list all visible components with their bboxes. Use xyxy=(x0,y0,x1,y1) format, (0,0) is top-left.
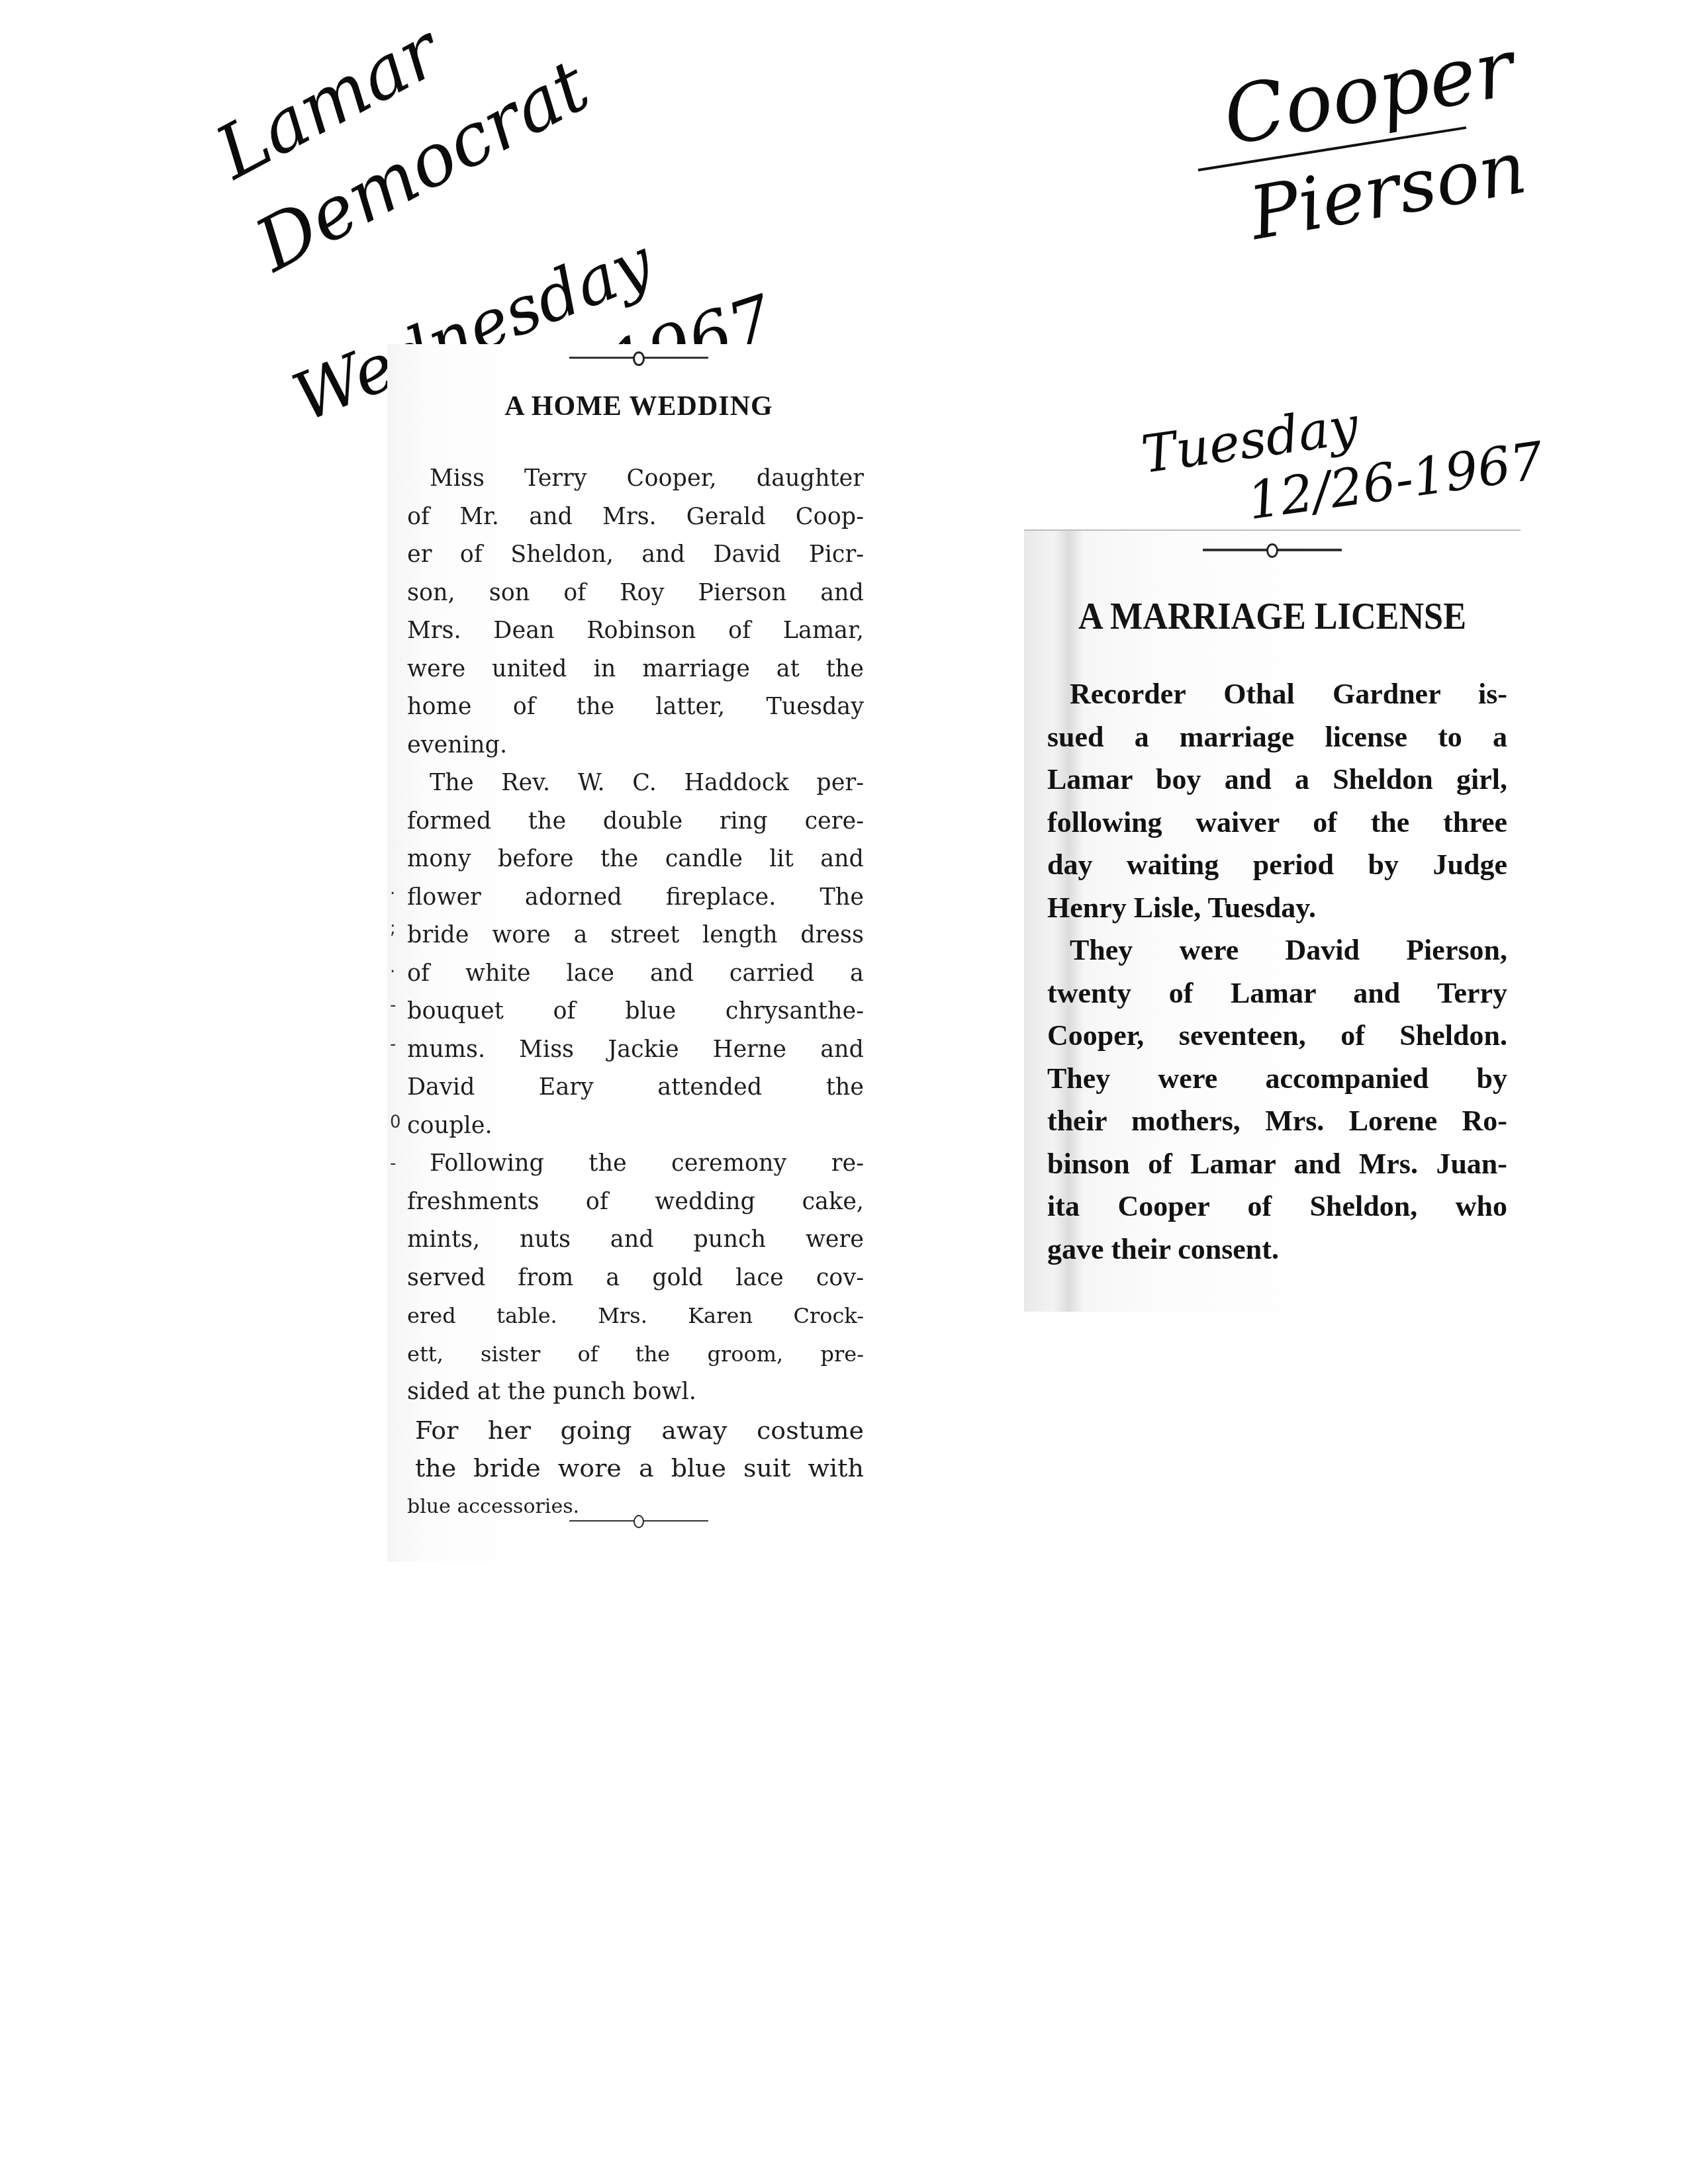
article-line: Lamar boy and a Sheldon girl, xyxy=(1047,758,1507,801)
ornamental-divider-bottom xyxy=(569,1514,708,1527)
article-line: mints, nuts and punch were xyxy=(407,1221,864,1259)
ornamental-divider-top-right xyxy=(1203,543,1342,556)
article-line: evening. xyxy=(407,727,864,765)
article-line: er of Sheldon, and David Picr- xyxy=(407,536,864,574)
article-body-home-wedding: Miss Terry Cooper, daughterof Mr. and Mr… xyxy=(407,460,864,1525)
article-line: The Rev. W. C. Haddock per- xyxy=(407,764,864,803)
article-line: Following the ceremony re- xyxy=(407,1145,864,1183)
article-line: Cooper, seventeen, of Sheldon. xyxy=(1047,1015,1507,1058)
article-line: They were David Pierson, xyxy=(1047,929,1507,972)
article-line: bouquet of blue chrysanthe- xyxy=(407,993,864,1031)
article-line: gave their consent. xyxy=(1047,1228,1507,1271)
article-line: bride wore a street length dress xyxy=(407,917,864,955)
article-line: For her going away costume xyxy=(407,1412,864,1450)
scan-margin-mark: ; xyxy=(390,920,396,937)
article-line: twenty of Lamar and Terry xyxy=(1047,972,1507,1015)
article-line: Henry Lisle, Tuesday. xyxy=(1047,887,1507,930)
article-line: Miss Terry Cooper, daughter xyxy=(407,460,864,498)
article-line: flower adorned fireplace. The xyxy=(407,879,864,917)
article-line: their mothers, Mrs. Lorene Ro- xyxy=(1047,1100,1507,1143)
article-line: served from a gold lace cov- xyxy=(407,1259,864,1298)
scan-margin-mark: 0 xyxy=(390,1114,401,1131)
article-line: David Eary attended the xyxy=(407,1069,864,1107)
article-line: binson of Lamar and Mrs. Juan- xyxy=(1047,1143,1507,1186)
article-line: couple. xyxy=(407,1107,864,1146)
article-line: ett, sister of the groom, pre- xyxy=(407,1336,864,1374)
article-line: son, son of Roy Pierson and xyxy=(407,574,864,613)
article-line: ita Cooper of Sheldon, who xyxy=(1047,1185,1507,1228)
article-line: following waiver of the three xyxy=(1047,801,1507,844)
article-line: home of the latter, Tuesday xyxy=(407,688,864,727)
article-line: the bride wore a blue suit with xyxy=(407,1449,864,1488)
article-line: of Mr. and Mrs. Gerald Coop- xyxy=(407,498,864,537)
scan-margin-mark: - xyxy=(390,997,396,1014)
article-line: mums. Miss Jackie Herne and xyxy=(407,1031,864,1069)
article-line: day waiting period by Judge xyxy=(1047,844,1507,887)
article-line: formed the double ring cere- xyxy=(407,803,864,841)
article-line: Recorder Othal Gardner is- xyxy=(1047,673,1507,716)
article-line: freshments of wedding cake, xyxy=(407,1183,864,1222)
clipping-marriage-license: A MARRIAGE LICENSE Recorder Othal Gardne… xyxy=(1024,529,1521,1312)
scan-margin-mark: - xyxy=(390,1155,396,1172)
ornamental-divider-top xyxy=(569,351,708,364)
article-line: ered table. Mrs. Karen Crock- xyxy=(407,1297,864,1336)
scan-margin-mark: - xyxy=(390,1036,396,1053)
scan-margin-mark: . xyxy=(390,958,395,976)
article-body-marriage-license: Recorder Othal Gardner is-sued a marriag… xyxy=(1047,673,1507,1271)
scan-margin-mark: . xyxy=(390,880,395,897)
article-line: Mrs. Dean Robinson of Lamar, xyxy=(407,612,864,651)
clipping-home-wedding: A HOME WEDDING Miss Terry Cooper, daught… xyxy=(387,344,890,1562)
article-line: They were accompanied by xyxy=(1047,1058,1507,1101)
article-line: were united in marriage at the xyxy=(407,651,864,689)
article-line: sided at the punch bowl. xyxy=(407,1373,864,1412)
headline-marriage-license: A MARRIAGE LICENSE xyxy=(1049,594,1496,638)
article-line: mony before the candle lit and xyxy=(407,841,864,879)
article-line: of white lace and carried a xyxy=(407,955,864,993)
headline-home-wedding: A HOME WEDDING xyxy=(387,390,890,422)
article-line: sued a marriage license to a xyxy=(1047,716,1507,759)
